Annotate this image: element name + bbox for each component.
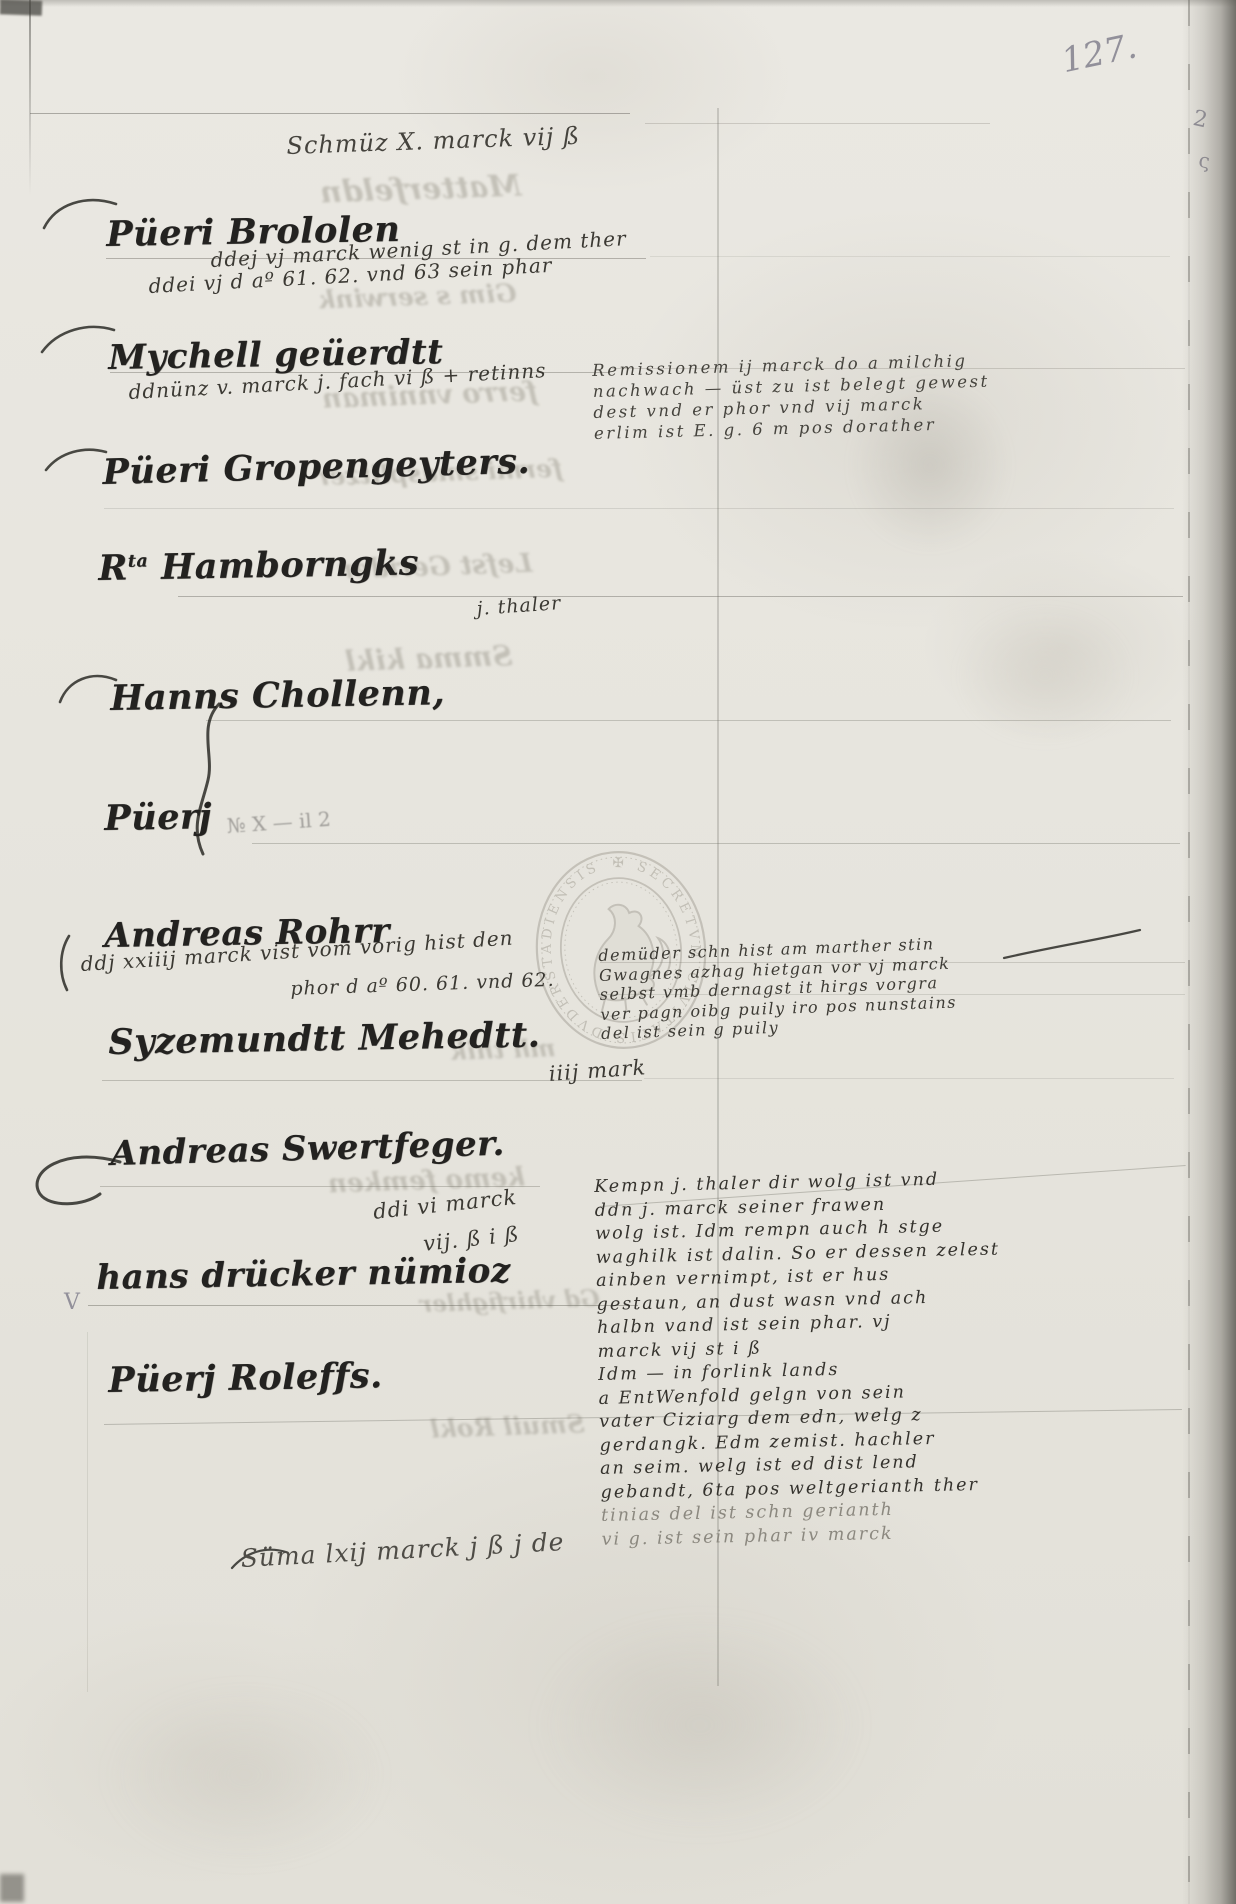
page-edge bbox=[1182, 0, 1236, 1904]
entry-name-rest: Hamborngks bbox=[148, 542, 419, 588]
entry-annotation-block: demüder schn hist am marther stin Gwagne… bbox=[598, 934, 958, 1044]
manuscript-page: Matterfeldn Gim s serwink ferro vnniman … bbox=[0, 0, 1236, 1904]
entry-name: Syzemundtt Mehedtt. bbox=[108, 1014, 541, 1063]
page-top-shadow bbox=[0, 0, 1236, 7]
entry-name: Hanns Chollenn, bbox=[110, 672, 445, 719]
entry-name-superscript: ta bbox=[128, 551, 149, 571]
flourish-right-swash bbox=[1004, 930, 1140, 958]
entry-name: Püerj bbox=[104, 796, 212, 839]
flourish-hanns bbox=[60, 676, 116, 702]
flourish-rohr-paren bbox=[61, 936, 69, 990]
entry-name: hans drücker nümioz bbox=[96, 1251, 511, 1298]
flourish-entry3 bbox=[46, 450, 106, 470]
entry-name: Rta Hamborngks bbox=[98, 542, 419, 589]
entry-annotation-block: Remissionem ij marck do a milchig nachwa… bbox=[592, 350, 991, 444]
entry-name: Püerj Roleffs. bbox=[108, 1355, 383, 1401]
flourish-swertfeger bbox=[37, 1157, 120, 1204]
entry-name-initial: R bbox=[98, 547, 128, 589]
ledger-block: Kempn j. thaler dir wolg ist vnd ddn j. … bbox=[594, 1168, 1006, 1552]
flourish-entry2 bbox=[42, 327, 114, 352]
pencil-check: V bbox=[64, 1290, 80, 1315]
